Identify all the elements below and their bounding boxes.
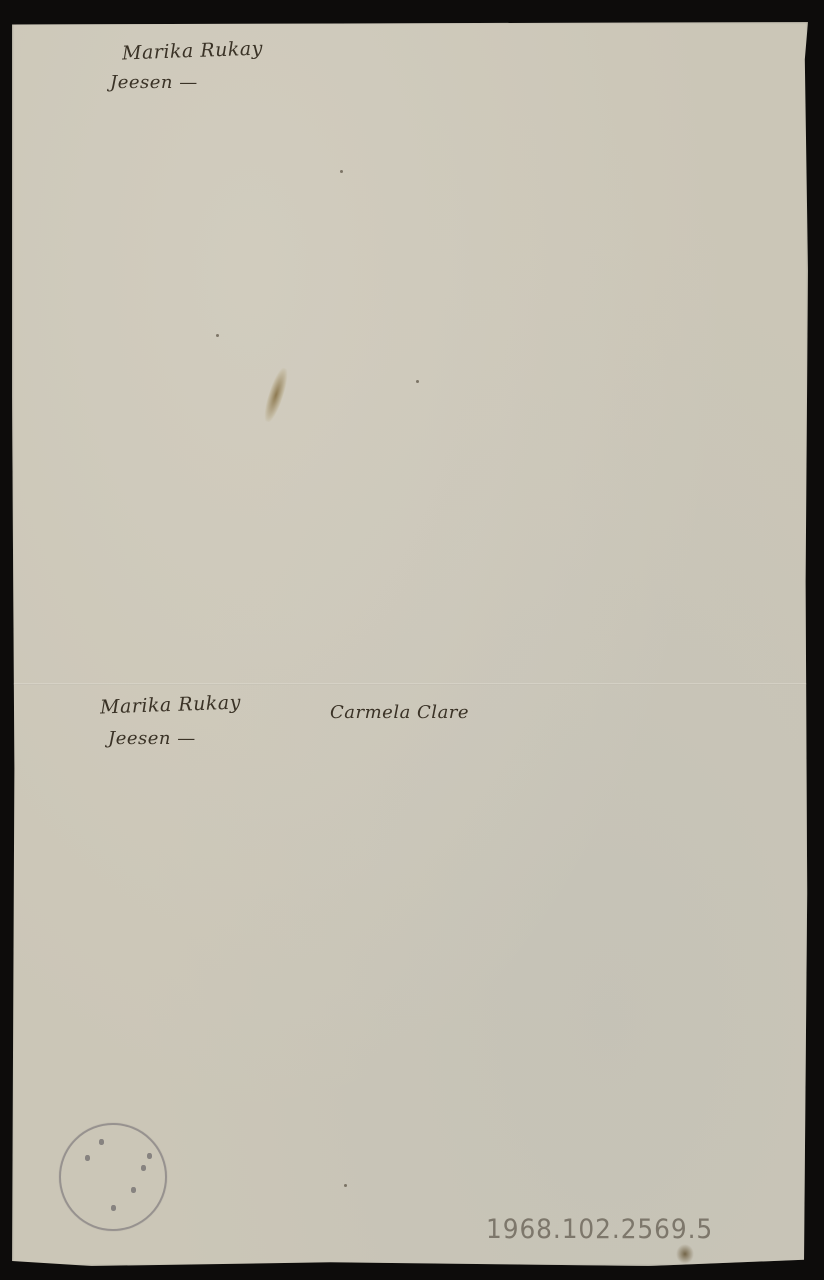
- middle-handwritten-name: Marika Rukay: [100, 692, 242, 719]
- stamp-glyph: [131, 1187, 136, 1193]
- stamp-glyph: [85, 1155, 90, 1161]
- speck-mark: [344, 1184, 347, 1187]
- stamp-glyph: [141, 1165, 146, 1171]
- scan-background: Marika Rukay Jeesen — Marika Rukay Jeese…: [0, 0, 824, 1280]
- paper-sheet: Marika Rukay Jeesen — Marika Rukay Jeese…: [12, 22, 808, 1266]
- middle-handwritten-note: Carmela Clare: [330, 702, 469, 723]
- top-handwritten-name: Marika Rukay: [122, 38, 264, 65]
- collection-stamp-icon: [59, 1123, 167, 1231]
- horizontal-fold-line: [12, 683, 808, 685]
- foxing-stain-icon: [261, 366, 292, 424]
- stamp-glyph: [147, 1153, 152, 1159]
- speck-mark: [416, 380, 419, 383]
- speck-mark: [216, 334, 219, 337]
- stamp-glyph: [99, 1139, 104, 1145]
- edge-stain-icon: [676, 1244, 694, 1264]
- stamp-glyph: [111, 1205, 116, 1211]
- accession-number: 1968.102.2569.5: [486, 1214, 713, 1245]
- speck-mark: [340, 170, 343, 173]
- top-handwritten-subline: Jeesen —: [110, 72, 198, 93]
- middle-handwritten-subline: Jeesen —: [108, 728, 196, 749]
